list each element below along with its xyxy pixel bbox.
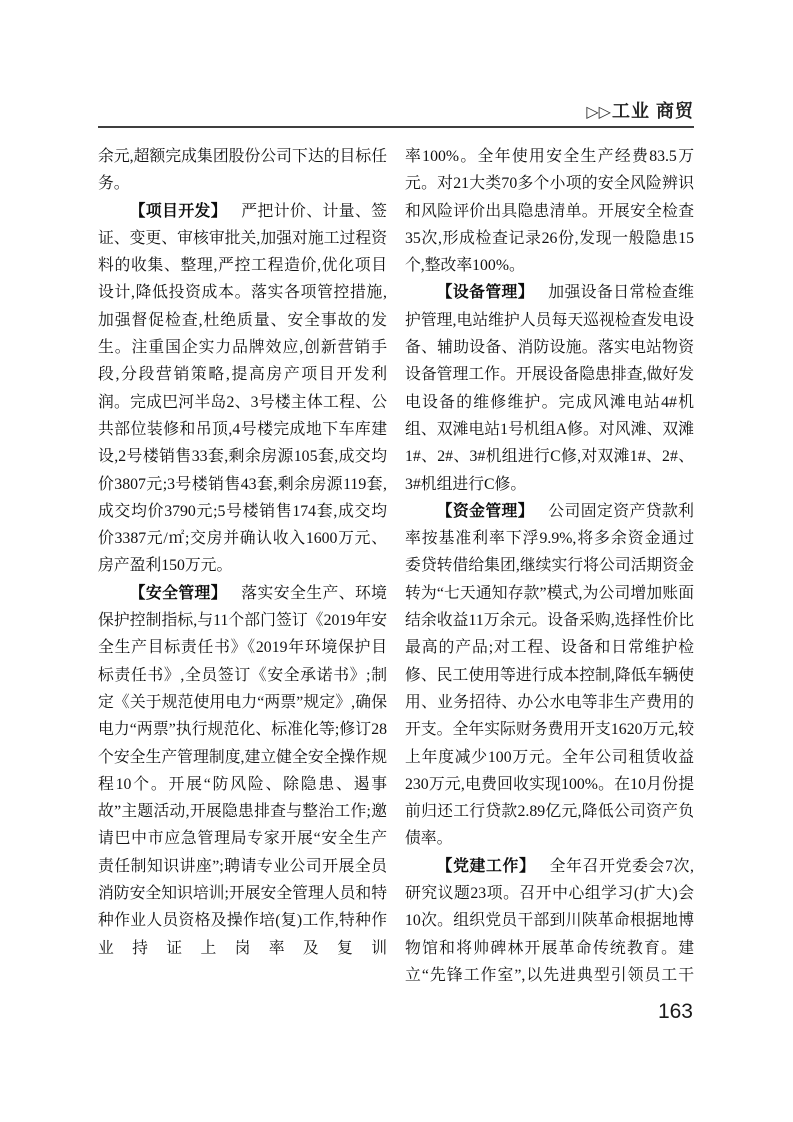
paragraph-funds-management: 【资金管理】公司固定资产贷款利率按基准利率下浮9.9%,将多余资金通过委贷转借给…: [405, 498, 694, 853]
paragraph-header: 【安全管理】: [130, 585, 227, 602]
paragraph-text: 全年召开党委会7次,研究议题23项。召开中心组学习(扩大)会10次。组织党员干部…: [405, 858, 694, 984]
paragraph-safety-management: 【安全管理】落实安全生产、环境保护控制指标,与11个部门签订《2019年安全生产…: [98, 580, 387, 962]
right-column: 率100%。全年使用安全生产经费83.5万元。对21大类70多个小项的安全风险辨…: [405, 143, 694, 989]
paragraph-text: 余元,超额完成集团股份公司下达的目标任务。: [98, 148, 387, 192]
page-body: 余元,超额完成集团股份公司下达的目标任务。 【项目开发】严把计价、计量、签证、变…: [98, 143, 694, 989]
paragraph-header: 【设备管理】: [437, 284, 534, 301]
paragraph-continuation: 余元,超额完成集团股份公司下达的目标任务。: [98, 143, 387, 198]
page-number: 163: [658, 1000, 693, 1024]
paragraph-project-development: 【项目开发】严把计价、计量、签证、变更、审核审批关,加强对施工过程资料的收集、整…: [98, 198, 387, 580]
paragraph-text: 率100%。全年使用安全生产经费83.5万元。对21大类70多个小项的安全风险辨…: [405, 148, 694, 274]
paragraph-party-building: 【党建工作】全年召开党委会7次,研究议题23项。召开中心组学习(扩大)会10次。…: [405, 853, 694, 989]
section-marker-icon: ▷▷: [586, 104, 611, 121]
section-title: 工业 商贸: [612, 101, 694, 121]
paragraph-header: 【党建工作】: [437, 858, 536, 875]
paragraph-text: 公司固定资产贷款利率按基准利率下浮9.9%,将多余资金通过委贷转借给集团,继续实…: [405, 503, 694, 848]
left-column: 余元,超额完成集团股份公司下达的目标任务。 【项目开发】严把计价、计量、签证、变…: [98, 143, 387, 989]
page-header: ▷▷工业 商贸: [586, 97, 694, 123]
paragraph-continuation: 率100%。全年使用安全生产经费83.5万元。对21大类70多个小项的安全风险辨…: [405, 143, 694, 279]
paragraph-header: 【项目开发】: [130, 203, 227, 220]
header-divider: [98, 126, 694, 128]
paragraph-header: 【资金管理】: [437, 503, 534, 520]
paragraph-text: 严把计价、计量、签证、变更、审核审批关,加强对施工过程资料的收集、整理,严控工程…: [98, 203, 387, 575]
paragraph-equipment-management: 【设备管理】加强设备日常检查维护管理,电站维护人员每天巡视检查发电设备、辅助设备…: [405, 279, 694, 497]
paragraph-text: 落实安全生产、环境保护控制指标,与11个部门签订《2019年安全生产目标责任书》…: [98, 585, 387, 957]
paragraph-text: 加强设备日常检查维护管理,电站维护人员每天巡视检查发电设备、辅助设备、消防设施。…: [405, 284, 694, 492]
